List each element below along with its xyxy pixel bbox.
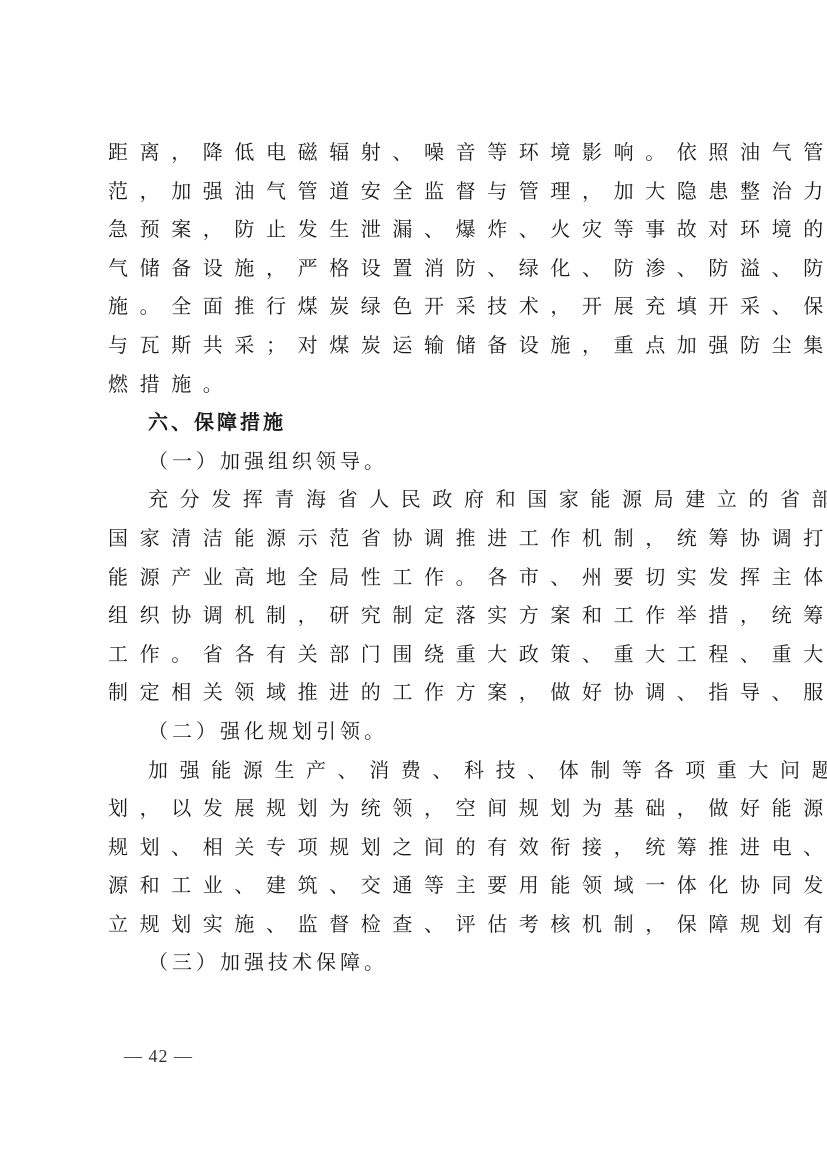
text-line: 能源产业高地全局性工作。各市、州要切实发挥主体作用，建立 <box>108 558 720 597</box>
document-page: 距离，降低电磁辐射、噪音等环境影响。依照油气管道运行规 范，加强油气管道安全监督… <box>108 133 720 982</box>
text-line: 源和工业、建筑、交通等主要用能领域一体化协同发展规划，建 <box>108 866 720 905</box>
subsection-heading: （一）加强组织领导。 <box>108 442 720 481</box>
text-line: 距离，降低电磁辐射、噪音等环境影响。依照油气管道运行规 <box>108 133 720 172</box>
text-line: 国家清洁能源示范省协调推进工作机制，统筹协调打造国家清洁 <box>108 519 720 558</box>
text-line: 制定相关领域推进的工作方案，做好协调、指导、服务等工作。 <box>108 673 720 712</box>
section-heading: 六、保障措施 <box>108 403 720 442</box>
text-line: 范，加强油气管道安全监督与管理，加大隐患整治力度，完善应 <box>108 172 720 211</box>
text-line: 充分发挥青海省人民政府和国家能源局建立的省部共建青海 <box>108 480 720 519</box>
text-line: 划，以发展规划为统领，空间规划为基础，做好能源规划、地方 <box>108 789 720 828</box>
page-number: — 42 — <box>124 1046 193 1067</box>
text-line: 工作。省各有关部门围绕重大政策、重大工程、重大项目，负责 <box>108 635 720 674</box>
text-line: 与瓦斯共采；对煤炭运输储备设施，重点加强防尘集尘、预防自 <box>108 326 720 365</box>
text-line: 立规划实施、监督检查、评估考核机制，保障规划有效落实。 <box>108 905 720 944</box>
subsection-heading: （三）加强技术保障。 <box>108 943 720 982</box>
text-line: 急预案，防止发生泄漏、爆炸、火灾等事故对环境的影响。对油 <box>108 210 720 249</box>
text-line: 规划、相关专项规划之间的有效衔接，统筹推进电、热、气等能 <box>108 828 720 867</box>
text-line: 组织协调机制，研究制定落实方案和工作举措，统筹本地区能源 <box>108 596 720 635</box>
text-line: 加强能源生产、消费、科技、体制等各项重大问题的战略谋 <box>108 751 720 790</box>
text-line: 燃措施。 <box>108 365 720 404</box>
text-line: 施。全面推行煤炭绿色开采技术，开展充填开采、保水开采及煤 <box>108 287 720 326</box>
text-line: 气储备设施，严格设置消防、绿化、防渗、防溢、防泄等防护措 <box>108 249 720 288</box>
subsection-heading: （二）强化规划引领。 <box>108 712 720 751</box>
